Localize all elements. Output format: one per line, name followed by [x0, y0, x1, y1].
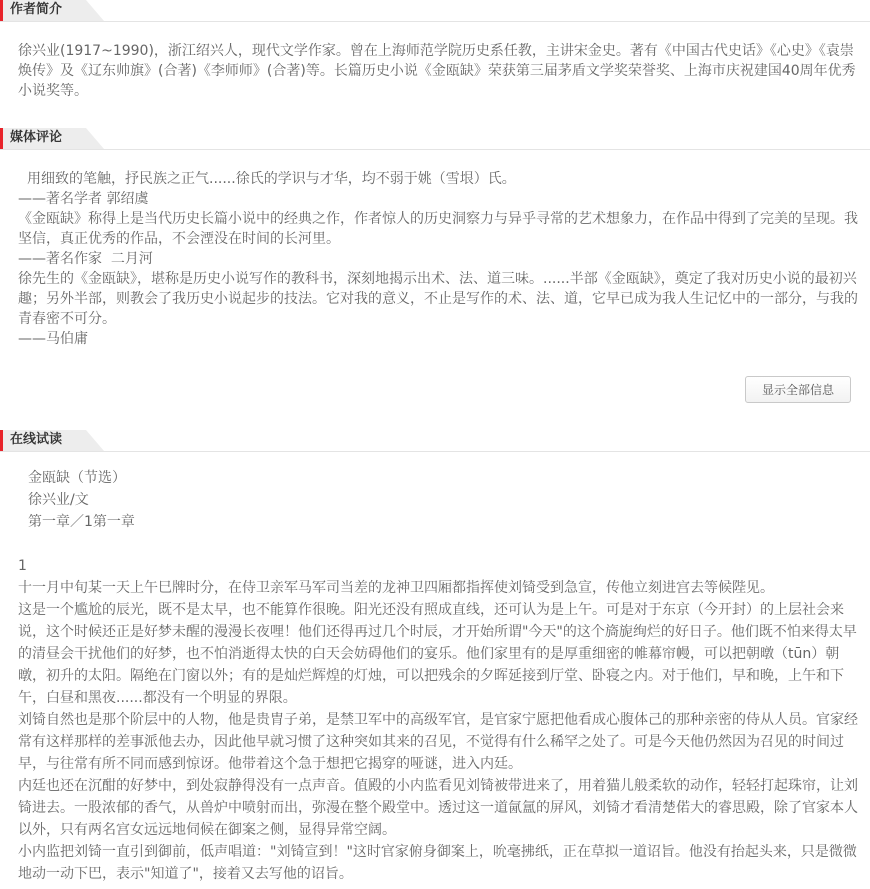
media-reviews-section: 媒体评论 用细致的笔触，抒民族之正气......徐氏的学识与才华，均不弱于姚（雪… — [0, 128, 870, 430]
excerpt-paragraph: 内廷也还在沉酣的好梦中，到处寂静得没有一点声音。值殿的小内监看见刘锜被带进来了，… — [18, 775, 860, 841]
show-all-button-row: 显示全部信息 — [0, 349, 870, 430]
red-accent-bar — [0, 430, 3, 451]
section-title-media-reviews: 媒体评论 — [3, 128, 104, 149]
excerpt-chapter: 第一章／1第一章 — [18, 511, 860, 533]
paragraph: 徐兴业(1917~1990)，浙江绍兴人，现代文学作家。曾在上海师范学院历史系任… — [18, 41, 860, 101]
red-accent-bar — [0, 128, 3, 149]
red-accent-bar — [0, 0, 3, 21]
review-text: 《金瓯缺》称得上是当代历史长篇小说中的经典之作，作者惊人的历史洞察力与异乎寻常的… — [18, 209, 860, 249]
online-preview-header: 在线试读 — [0, 430, 870, 452]
author-intro-header: 作者简介 — [0, 0, 870, 22]
excerpt-paragraph: 这是一个尴尬的辰光，既不是太早，也不能算作很晚。阳光还没有照成直线，还可认为是上… — [18, 599, 860, 709]
excerpt-paragraph: 刘锜自然也是那个阶层中的人物，他是贵胄子弟，是禁卫军中的高级军官，是官家宁愿把他… — [18, 709, 860, 775]
author-intro-body: 徐兴业(1917~1990)，浙江绍兴人，现代文学作家。曾在上海师范学院历史系任… — [0, 22, 870, 128]
section-title-author-intro: 作者简介 — [3, 0, 104, 21]
excerpt-paragraph: 小内监把刘锜一直引到御前，低声唱道："刘锜宣到！"这时官家俯身御案上，吮毫拂纸，… — [18, 841, 860, 885]
excerpt-paragraph: 十一月中旬某一天上午巳牌时分，在侍卫亲军马军司当差的龙神卫四厢都指挥使刘锜受到急… — [18, 577, 860, 599]
review-text: 徐先生的《金瓯缺》，堪称是历史小说写作的教科书，深刻地揭示出术、法、道三味。..… — [18, 269, 860, 329]
show-all-info-button[interactable]: 显示全部信息 — [745, 376, 851, 403]
preview-heading-block: 金瓯缺（节选） 徐兴业/文 第一章／1第一章 — [18, 467, 860, 533]
review-attribution: ——著名学者 郭绍虞 — [18, 189, 860, 209]
online-preview-section: 在线试读 金瓯缺（节选） 徐兴业/文 第一章／1第一章 1 十一月中旬某一天上午… — [0, 430, 870, 889]
review-text: 用细致的笔触，抒民族之正气......徐氏的学识与才华，均不弱于姚（雪垠）氏。 — [18, 169, 860, 189]
excerpt-author: 徐兴业/文 — [18, 489, 860, 511]
online-preview-body: 金瓯缺（节选） 徐兴业/文 第一章／1第一章 1 十一月中旬某一天上午巳牌时分，… — [0, 452, 870, 889]
excerpt-title: 金瓯缺（节选） — [18, 467, 860, 489]
review-attribution: ——马伯庸 — [18, 329, 860, 349]
media-reviews-body: 用细致的笔触，抒民族之正气......徐氏的学识与才华，均不弱于姚（雪垠）氏。 … — [0, 150, 870, 349]
author-intro-section: 作者简介 徐兴业(1917~1990)，浙江绍兴人，现代文学作家。曾在上海师范学… — [0, 0, 870, 128]
chapter-number: 1 — [18, 555, 860, 577]
review-attribution: ——著名作家 二月河 — [18, 249, 860, 269]
media-reviews-header: 媒体评论 — [0, 128, 870, 150]
section-title-online-preview: 在线试读 — [3, 430, 104, 451]
